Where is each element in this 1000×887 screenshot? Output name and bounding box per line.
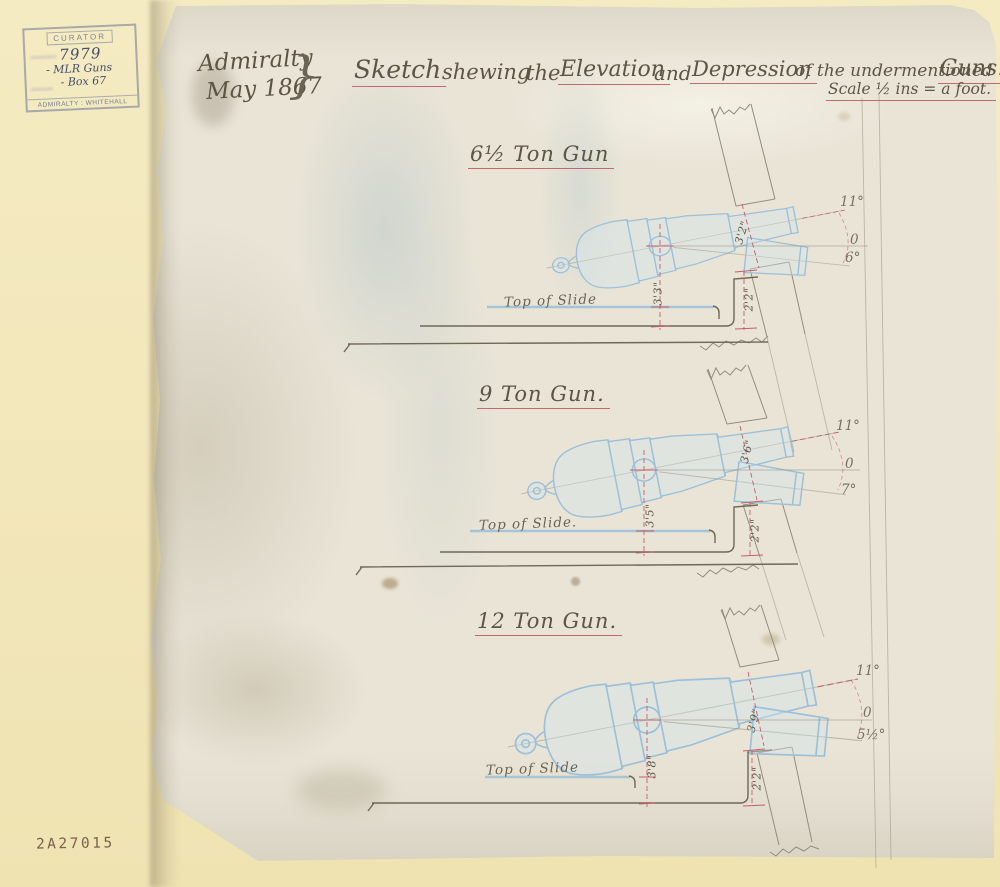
curator-stamp: CURATOR 7979 - MLR Guns - Box 67 ADMIRAL…	[22, 24, 140, 113]
gun3-title: 12 Ton Gun.	[475, 609, 622, 636]
catalog-number: 2A27015	[36, 835, 115, 852]
gun3-trunnion-dimension: 3'8"	[646, 746, 659, 788]
stamp-faint-print	[31, 87, 53, 91]
gun1-zero-label: 0	[850, 232, 859, 248]
wall-break-top-1	[711, 104, 750, 118]
wall-break-bottom-2	[697, 565, 759, 577]
gun3-elevation-label: 11°	[856, 663, 880, 679]
title-word-shewing: shewing	[442, 60, 530, 84]
stamp-box-line: - Box 67	[60, 73, 136, 89]
gun2-depression-label: 7°	[841, 482, 856, 498]
stamp-footer: ADMIRALTY : WHITEHALL	[27, 95, 137, 111]
title-word-the: the	[526, 61, 560, 85]
gun1-title: 6½ Ton Gun	[468, 142, 614, 169]
wall-break-bottom-1	[700, 336, 768, 350]
wall-break-top-3	[721, 605, 760, 619]
scale-note: Scale ½ ins = a foot.	[826, 80, 996, 101]
bottom-line-2	[356, 564, 798, 575]
gun3-zero-label: 0	[863, 705, 872, 721]
drawing-linework	[0, 0, 1000, 887]
cannon-elevated-2	[514, 395, 846, 530]
gun2-elevation-label: 11°	[836, 418, 860, 434]
bottom-line-1	[344, 342, 768, 352]
gun2-sill-dimension: 2'2"	[749, 510, 762, 552]
wall-continuation-2	[760, 553, 824, 640]
title-word-sketch: Sketch	[352, 55, 446, 87]
wall-break-bottom-3	[770, 846, 819, 856]
gun3-depression-label: 5½°	[857, 727, 885, 743]
gun1-sill-dimension: 2'2"	[743, 279, 756, 321]
gun2-slide-label: Top of Slide.	[479, 514, 578, 533]
cannon-elevated-1	[540, 178, 851, 301]
gun1-depression-label: 6°	[845, 250, 860, 266]
gun3-sill-dimension: 2'2"	[751, 758, 764, 800]
gun2-title: 9 Ton Gun.	[477, 382, 610, 409]
gun2-zero-label: 0	[845, 456, 854, 472]
gun-figure-3	[368, 605, 872, 856]
scanned-drawing: CURATOR 7979 - MLR Guns - Box 67 ADMIRAL…	[0, 0, 1000, 887]
gun3-slide-label: Top of Slide	[486, 759, 579, 778]
brace: }	[288, 46, 320, 104]
gun2-trunnion-dimension: 3'5"	[644, 495, 657, 537]
gun1-slide-label: Top of Slide	[504, 291, 597, 310]
gun1-trunnion-dimension: 3'3"	[652, 273, 665, 315]
hull-vertical-lines	[862, 95, 891, 868]
wall-break-top-2	[707, 365, 746, 379]
gun1-elevation-label: 11°	[840, 194, 864, 210]
title-word-and: and	[654, 61, 692, 85]
